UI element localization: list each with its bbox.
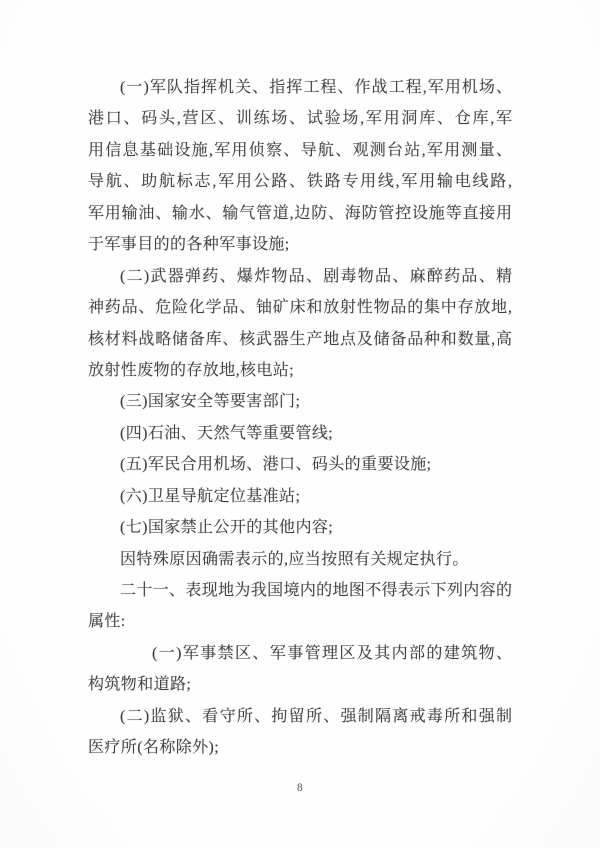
- document-page: (一)军队指挥机关、指挥工程、作战工程,军用机场、 港口、码头,营区、训练场、试…: [0, 0, 600, 848]
- text-line: (六)卫星导航定位基准站;: [88, 481, 512, 512]
- text-line: 军用输油、输水、输气管道,边防、海防管控设施等直接用: [88, 198, 512, 229]
- text-line: (四)石油、天然气等重要管线;: [88, 418, 512, 449]
- text-line: (五)军民合用机场、港口、码头的重要设施;: [88, 449, 512, 480]
- text-line: (一)军事禁区、军事管理区及其内部的建筑物、: [88, 638, 512, 669]
- text-line: (三)国家安全等要害部门;: [88, 386, 512, 417]
- text-line: 神药品、危险化学品、铀矿床和放射性物品的集中存放地,: [88, 292, 512, 323]
- text-line: 医疗所(名称除外);: [88, 732, 512, 763]
- text-line: 于军事目的的各种军事设施;: [88, 229, 512, 260]
- text-line: (二)武器弹药、爆炸物品、剧毒物品、麻醉药品、精: [88, 261, 512, 292]
- text-line: 导航、助航标志,军用公路、铁路专用线,军用输电线路,: [88, 166, 512, 197]
- text-line: (一)军队指挥机关、指挥工程、作战工程,军用机场、: [88, 72, 512, 103]
- text-line: 构筑物和道路;: [88, 669, 512, 700]
- page-number: 8: [0, 782, 600, 794]
- text-line: 二十一、表现地为我国境内的地图不得表示下列内容的: [88, 575, 512, 606]
- text-line: 因特殊原因确需表示的,应当按照有关规定执行。: [88, 544, 512, 575]
- document-body: (一)军队指挥机关、指挥工程、作战工程,军用机场、 港口、码头,营区、训练场、试…: [88, 72, 512, 764]
- text-line: 港口、码头,营区、训练场、试验场,军用洞库、仓库,军: [88, 103, 512, 134]
- text-line: (七)国家禁止公开的其他内容;: [88, 512, 512, 543]
- text-line: 放射性废物的存放地,核电站;: [88, 355, 512, 386]
- text-line: 用信息基础设施,军用侦察、导航、观测台站,军用测量、: [88, 135, 512, 166]
- text-line: 核材料战略储备库、核武器生产地点及储备品种和数量,高: [88, 324, 512, 355]
- text-line: 属性:: [88, 606, 512, 637]
- text-line: (二)监狱、看守所、拘留所、强制隔离戒毒所和强制: [88, 701, 512, 732]
